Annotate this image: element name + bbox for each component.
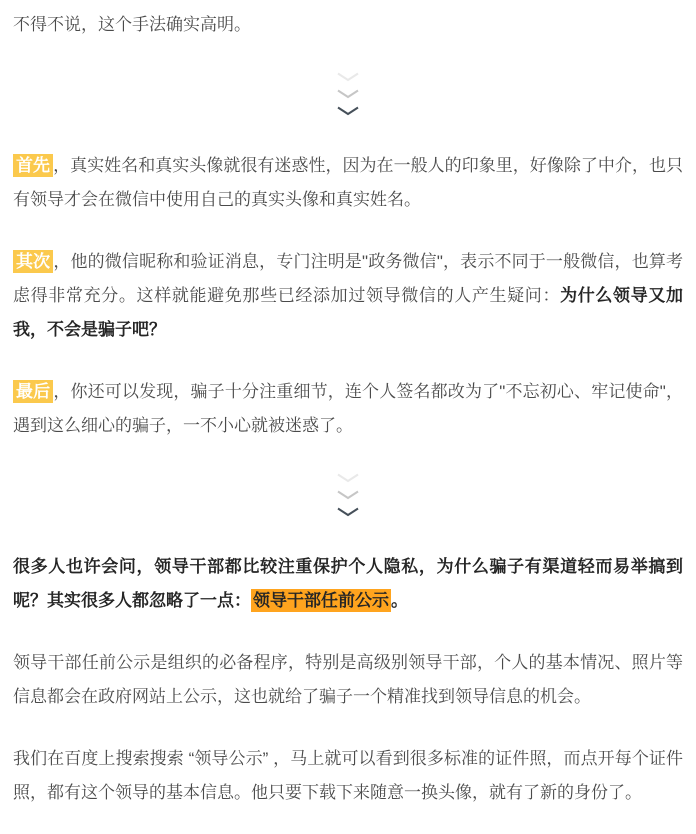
paragraph-text: 不得不说，这个手法确实高明。 — [13, 15, 251, 34]
paragraph-text: 。 — [391, 591, 408, 610]
paragraph-second: 其次，他的微信昵称和验证消息，专门注明是"政务微信"，表示不同于一般微信，也算考… — [13, 245, 683, 347]
highlight-key-point: 领导干部任前公示 — [251, 589, 391, 612]
chevron-down-icon — [337, 490, 359, 500]
paragraph-first: 首先，真实姓名和真实头像就很有迷惑性，因为在一般人的印象里，好像除了中介，也只有… — [13, 149, 683, 217]
chevron-down-icon — [337, 473, 359, 483]
paragraph-third: 最后，你还可以发现，骗子十分注重细节，连个人签名都改为了"不忘初心、牢记使命"，… — [13, 375, 683, 443]
paragraph-question: 很多人也许会问，领导干部都比较注重保护个人隐私，为什么骗子有渠道轻而易举搞到呢？… — [13, 550, 683, 618]
scroll-divider — [13, 473, 683, 517]
chevron-down-icon — [337, 507, 359, 517]
paragraph-baidu: 我们在百度上搜索搜索 “领导公示” ，马上就可以看到很多标准的证件照，而点开每个… — [13, 742, 683, 810]
highlight-label-first: 首先 — [13, 154, 53, 177]
scroll-divider — [13, 72, 683, 116]
paragraph-text: 我们在百度上搜索搜索 “领导公示” ，马上就可以看到很多标准的证件照，而点开每个… — [13, 749, 683, 802]
article-body: 不得不说，这个手法确实高明。 首先，真实姓名和真实头像就很有迷惑性，因为在一般人… — [0, 0, 696, 834]
highlight-label-third: 最后 — [13, 380, 53, 403]
paragraph-intro: 不得不说，这个手法确实高明。 — [13, 8, 683, 42]
paragraph-text: 领导干部任前公示是组织的必备程序，特别是高级别领导干部，个人的基本情况、照片等信… — [13, 653, 683, 706]
paragraph-text: ，真实姓名和真实头像就很有迷惑性，因为在一般人的印象里，好像除了中介，也只有领导… — [13, 156, 683, 209]
chevron-down-icon — [337, 106, 359, 116]
chevron-down-icon — [337, 72, 359, 82]
paragraph-explain: 领导干部任前公示是组织的必备程序，特别是高级别领导干部，个人的基本情况、照片等信… — [13, 646, 683, 714]
chevron-down-icon — [337, 89, 359, 99]
highlight-label-second: 其次 — [13, 250, 53, 273]
paragraph-text: ，你还可以发现，骗子十分注重细节，连个人签名都改为了"不忘初心、牢记使命"，遇到… — [13, 382, 683, 435]
